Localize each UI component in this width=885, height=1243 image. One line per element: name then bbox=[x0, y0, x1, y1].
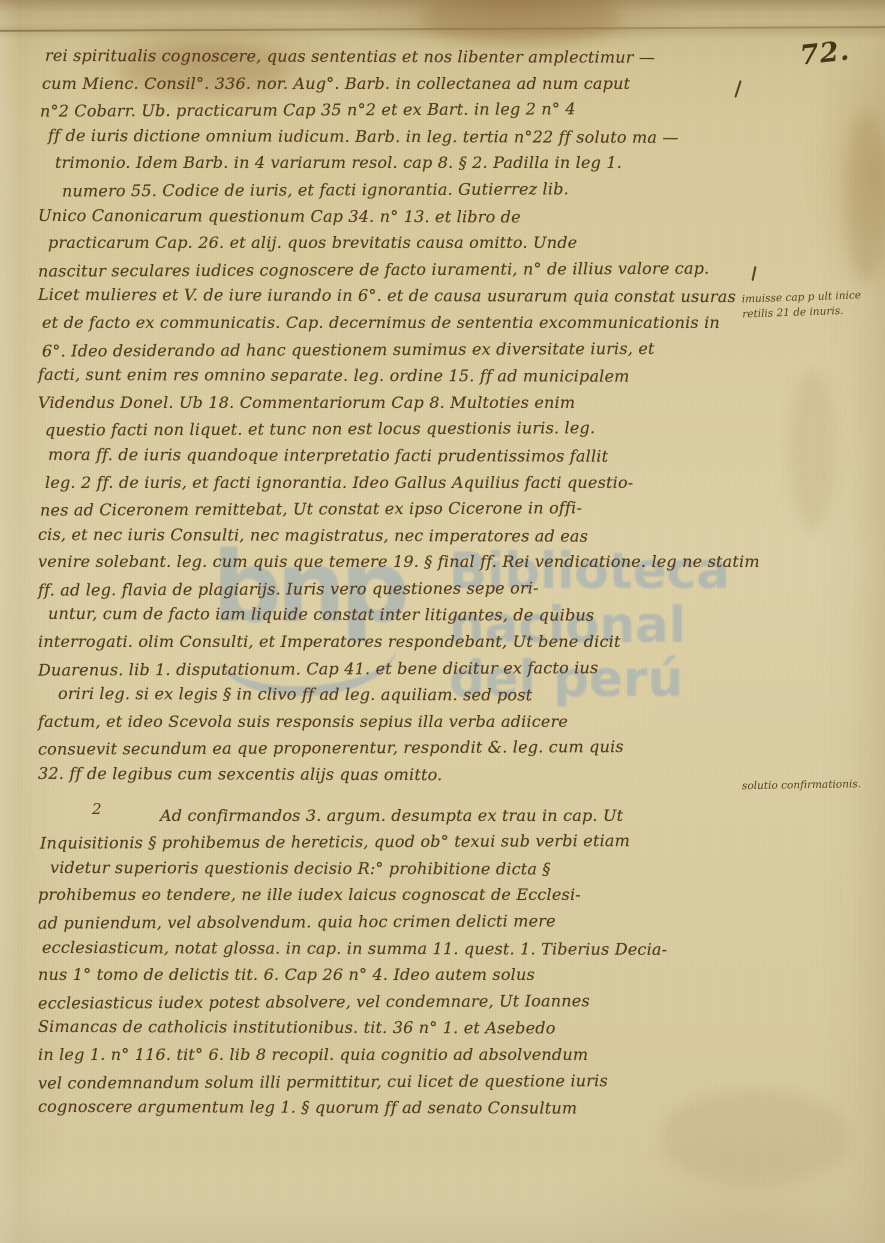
manuscript-line: 6°. Ideo desiderando ad hanc questionem … bbox=[38, 335, 762, 365]
manuscript-line: nus 1° tomo de delictis tit. 6. Cap 26 n… bbox=[38, 962, 762, 989]
manuscript-line: n°2 Cobarr. Ub. practicarum Cap 35 n°2 e… bbox=[38, 96, 762, 126]
manuscript-line: venire solebant. leg. cum quis que temer… bbox=[38, 549, 762, 576]
manuscript-line: ecclesiasticum, notat glossa. in cap. in… bbox=[38, 934, 762, 963]
fold-crease bbox=[0, 26, 885, 32]
paper-stain bbox=[420, 0, 620, 44]
manuscript-line: factum, et ideo Scevola suis responsis s… bbox=[38, 709, 762, 736]
manuscript-line: cis, et nec iuris Consulti, nec magistra… bbox=[38, 522, 762, 551]
manuscript-text: rei spiritualis cognoscere, quas sentent… bbox=[38, 44, 762, 1122]
manuscript-line: trimonio. Idem Barb. in 4 variarum resol… bbox=[38, 150, 762, 177]
manuscript-line: 32. ff de legibus cum sexcentis alijs qu… bbox=[38, 761, 762, 790]
margin-note-line: solutio confirmationis. bbox=[742, 777, 884, 794]
manuscript-line: leg. 2 ff. de iuris, et facti ignorantia… bbox=[38, 470, 762, 497]
manuscript-line: ff de iuris dictione omnium iudicum. Bar… bbox=[38, 123, 762, 152]
manuscript-line: rei spiritualis cognoscere, quas sentent… bbox=[38, 43, 762, 72]
paper-stain bbox=[845, 110, 885, 280]
manuscript-line: Ad confirmandos 3. argum. desumpta ex tr… bbox=[38, 803, 762, 830]
manuscript-line: Simancas de catholicis institutionibus. … bbox=[38, 1014, 762, 1043]
manuscript-line: ecclesiasticus iudex potest absolvere, v… bbox=[38, 987, 762, 1017]
manuscript-line: interrogati. olim Consulti, et Imperator… bbox=[38, 629, 762, 656]
manuscript-line: facti, sunt enim res omnino separate. le… bbox=[38, 362, 762, 391]
folio-number: 72. bbox=[799, 35, 852, 71]
manuscript-line: numero 55. Codice de iuris, et facti ign… bbox=[38, 175, 762, 205]
manuscript-line: untur, cum de facto iam liquide constat … bbox=[38, 601, 762, 630]
manuscript-line: Duarenus. lib 1. disputationum. Cap 41. … bbox=[38, 654, 762, 684]
margin-note-solutio: solutio confirmationis. bbox=[742, 777, 884, 794]
manuscript-line: nascitur seculares iudices cognoscere de… bbox=[38, 255, 762, 285]
manuscript-line: ff. ad leg. flavia de plagiarijs. Iuris … bbox=[38, 574, 762, 604]
manuscript-page: bnp Bibliotecanacionaldel perú 72. rei s… bbox=[0, 0, 885, 1243]
manuscript-line: nes ad Ciceronem remittebat, Ut constat … bbox=[38, 495, 762, 525]
manuscript-line: practicarum Cap. 26. et alij. quos brevi… bbox=[38, 230, 762, 257]
manuscript-line: videtur superioris questionis decisio R:… bbox=[38, 855, 762, 884]
manuscript-line: Licet mulieres et V. de iure iurando in … bbox=[38, 282, 762, 311]
manuscript-line: Unico Canonicarum questionum Cap 34. n° … bbox=[38, 202, 762, 231]
manuscript-line: vel condemnandum solum illi permittitur,… bbox=[38, 1067, 762, 1097]
manuscript-line: consuevit secundum ea que proponerentur,… bbox=[38, 734, 762, 764]
manuscript-line: in leg 1. n° 116. tit° 6. lib 8 recopil.… bbox=[38, 1042, 762, 1069]
ink-showthrough bbox=[790, 370, 835, 530]
manuscript-line: Inquisitionis § prohibemus de hereticis,… bbox=[38, 828, 762, 858]
manuscript-line: prohibemus eo tendere, ne ille iudex lai… bbox=[38, 882, 762, 909]
manuscript-line: mora ff. de iuris quandoque interpretati… bbox=[38, 442, 762, 471]
manuscript-line: questio facti non liquet. et tunc non es… bbox=[38, 415, 762, 445]
margin-note-citation: imuisse cap p ult iniceretilis 21 de inu… bbox=[742, 288, 885, 323]
manuscript-line: ad puniendum, vel absolvendum. quia hoc … bbox=[38, 907, 762, 937]
manuscript-line: et de facto ex communicatis. Cap. decern… bbox=[38, 310, 762, 337]
paragraph-mark: 2 bbox=[92, 800, 102, 818]
manuscript-line: cum Mienc. Consil°. 336. nor. Aug°. Barb… bbox=[38, 71, 762, 98]
manuscript-line: cognoscere argumentum leg 1. § quorum ff… bbox=[38, 1094, 762, 1123]
manuscript-line: Videndus Donel. Ub 18. Commentariorum Ca… bbox=[38, 390, 762, 417]
manuscript-line: oriri leg. si ex legis § in clivo ff ad … bbox=[38, 681, 762, 710]
